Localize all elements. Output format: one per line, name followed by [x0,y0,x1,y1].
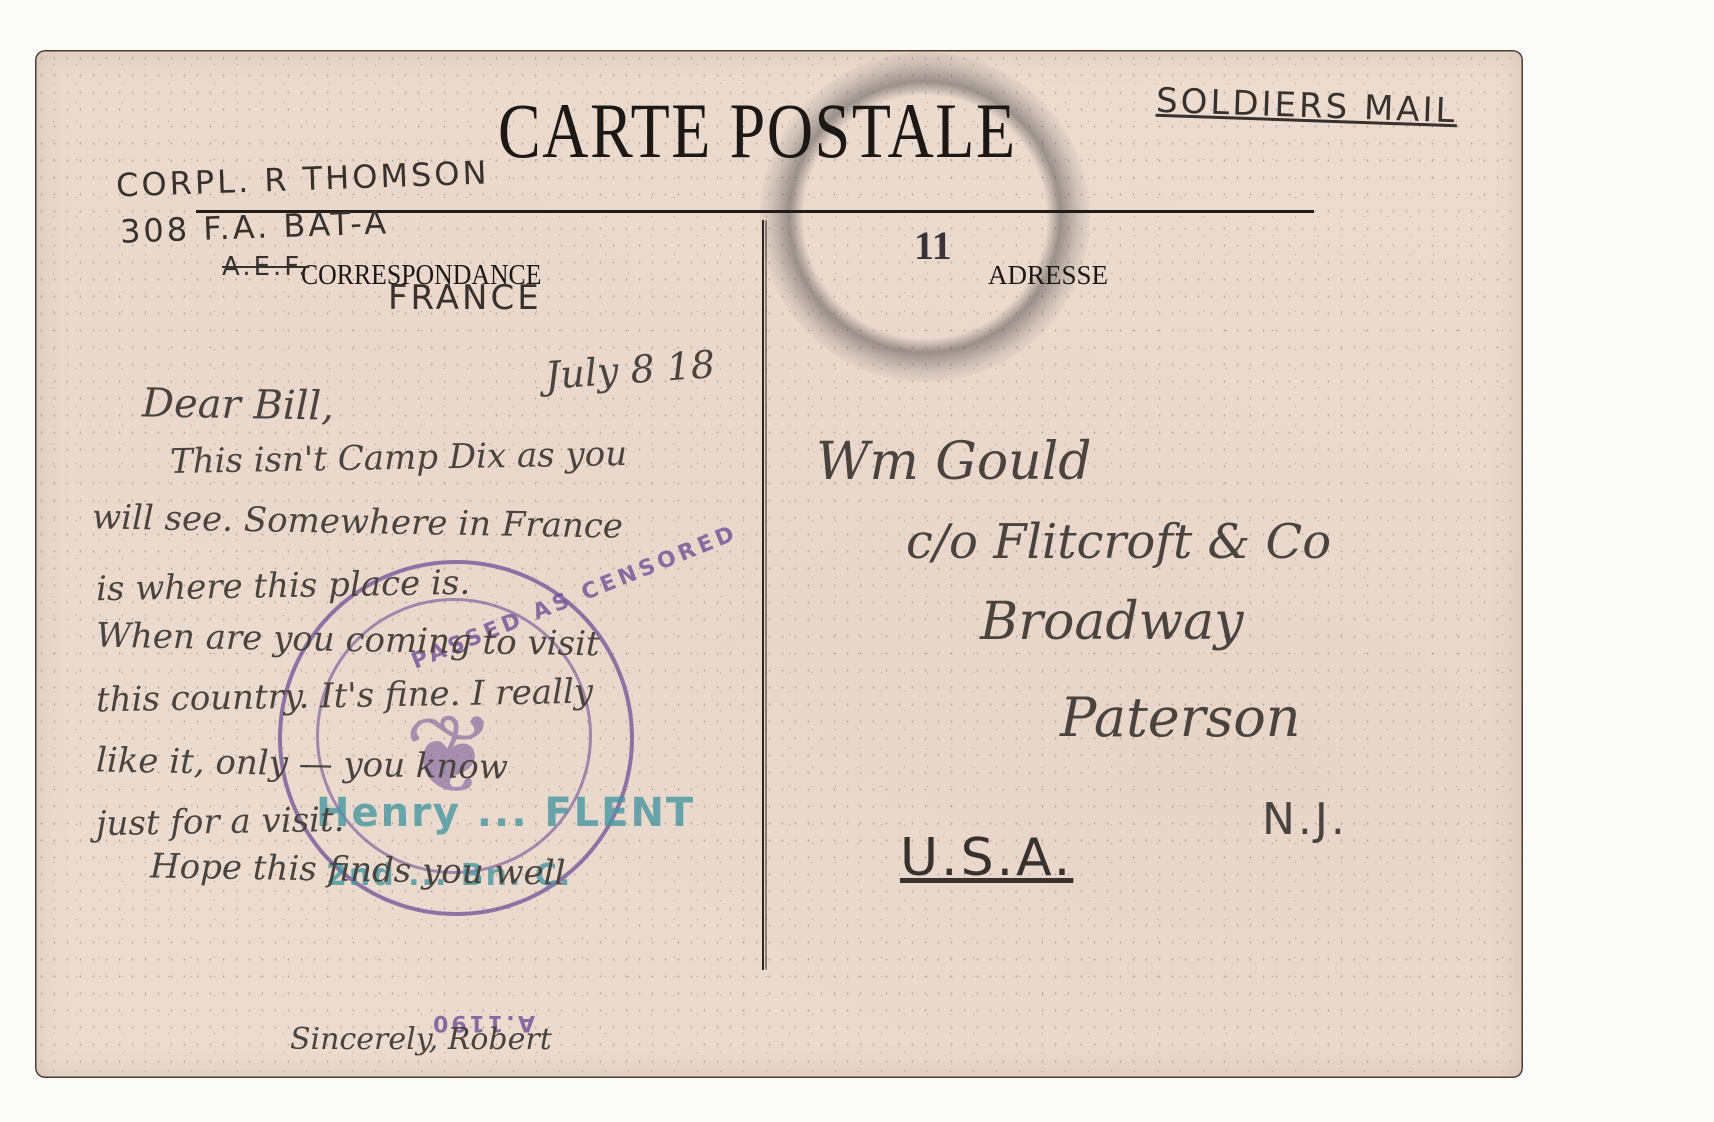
message-line: just for a visit. [96,800,345,844]
recipient-country: U.S.A. [900,828,1073,888]
recipient-name: Wm Gould [816,432,1092,492]
address-label: ADRESSE [988,260,1108,291]
message-line: This isn't Camp Dix as you [170,434,628,482]
censor-name-stamp: Henry ... FLENT [316,790,695,836]
card-title: CARTE POSTALE [498,86,1017,176]
postmark-number: 11 [914,222,952,269]
recipient-care-of: c/o Flitcroft & Co [906,514,1331,570]
message-line: Hope this finds you well [150,846,566,893]
message-line: like it, only — you know [96,740,509,787]
sender-country: FRANCE [388,278,542,318]
recipient-city: Paterson [1060,686,1301,749]
message-line: Dear Bill, [142,380,335,429]
divider-line [762,220,764,970]
recipient-street: Broadway [980,592,1244,652]
message-closing: Sincerely, Robert [290,1022,552,1057]
message-line: is where this place is. [96,563,471,610]
recipient-state: N.J. [1262,794,1348,845]
sender-aef: A.E.F. [222,252,309,282]
